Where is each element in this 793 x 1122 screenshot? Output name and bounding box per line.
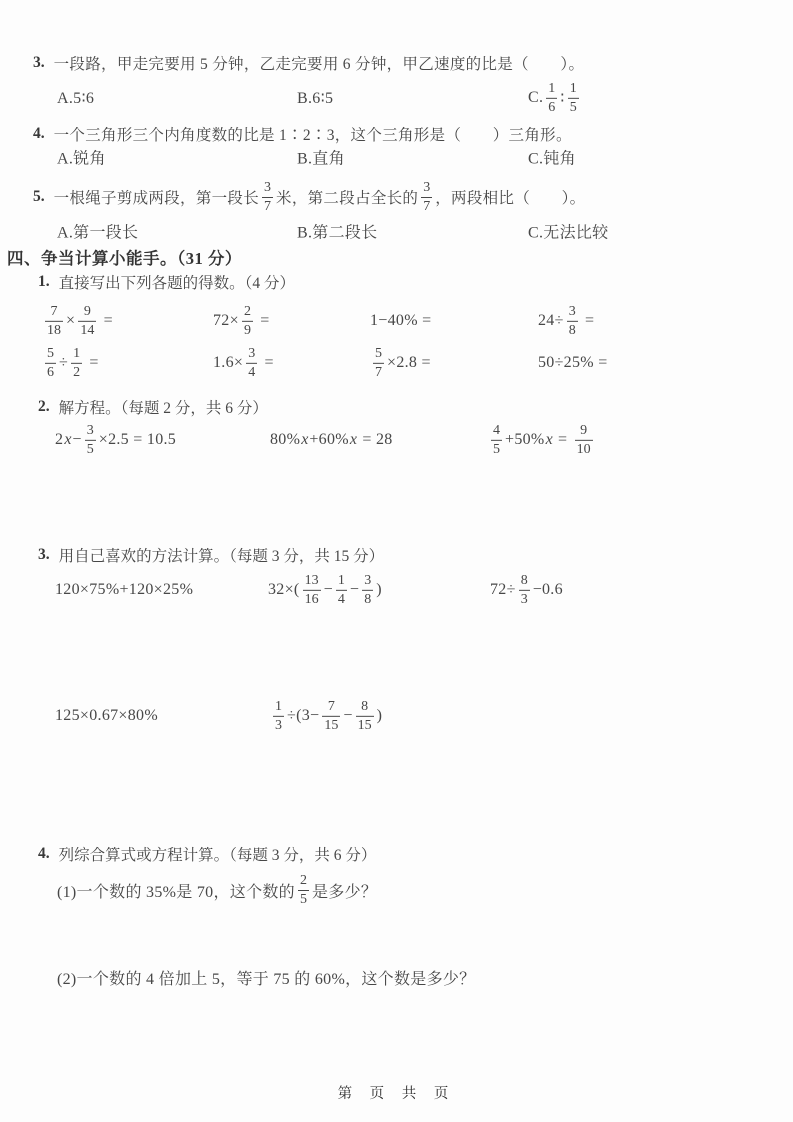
equation-1: 2x−35×2.5 = 10.5	[55, 423, 176, 457]
q4-option-b: B.直角	[297, 146, 345, 169]
fraction: 38	[567, 304, 578, 338]
fraction: 25	[298, 873, 309, 907]
fraction: 715	[322, 699, 340, 733]
expr-1point6-times-3-4: 1.6×34 =	[213, 346, 274, 380]
equation-2: 80%x+60%x = 28	[270, 431, 393, 449]
fraction: 910	[575, 423, 593, 457]
fraction: 14	[336, 573, 347, 607]
subsection-2-number: 2.	[38, 398, 50, 416]
q5-option-a: A.第一段长	[57, 220, 138, 243]
expr-5-6-div-1-2: 56÷12 =	[42, 346, 99, 380]
subsection-3-text: 用自己喜欢的方法计算。（每题 3 分，共 15 分）	[59, 544, 385, 566]
expr-120-75pct-plus: 120×75%+120×25%	[55, 581, 193, 599]
q5-option-b: B.第二段长	[297, 220, 377, 243]
subsection-1-title: 1. 直接写出下列各题的得数。（4 分）	[38, 271, 295, 293]
expr-1-3-div-parens: 13÷(3−715−815)	[270, 699, 382, 733]
expr-5-7-times-2point8: 57×2.8 =	[370, 346, 431, 380]
q4-option-a: A.锐角	[57, 146, 106, 169]
expr-24-div-3-8: 24÷38 =	[538, 304, 594, 338]
question-3-stem: 一段路，甲走完要用 5 分钟，乙走完要用 6 分钟，甲乙速度的比是（ ）。	[54, 52, 585, 74]
question-4-stem: 一个三角形三个内角度数的比是 1∶2∶3，这个三角形是（ ）三角形。	[54, 123, 572, 145]
word-problem-1-text: (1)一个数的 35%是 70，这个数的25是多少？	[57, 873, 377, 907]
method-calc-row-1: 120×75%+120×25% 32×(1316−14−38) 72÷83−0.…	[0, 568, 793, 612]
fraction: 56	[45, 346, 56, 380]
fraction: 914	[78, 304, 96, 338]
fraction: 815	[356, 699, 374, 733]
question-5-options: A.第一段长 B.第二段长 C.无法比较	[0, 218, 793, 244]
question-3-options: A.5∶6 B.6∶5 C.16∶15	[0, 78, 793, 118]
subsection-4-text: 列综合算式或方程计算。（每题 3 分，共 6 分）	[59, 843, 377, 865]
question-5-number: 5.	[33, 188, 45, 206]
q3-option-a: A.5∶6	[57, 88, 94, 108]
expr-125-067-80pct: 125×0.67×80%	[55, 707, 158, 725]
subsection-3-title: 3. 用自己喜欢的方法计算。（每题 3 分，共 15 分）	[38, 544, 384, 566]
word-problem-2: (2)一个数的 4 倍加上 5，等于 75 的 60%，这个数是多少？	[57, 966, 476, 989]
fraction: 38	[362, 573, 373, 607]
mental-math-row-2: 56÷12 = 1.6×34 = 57×2.8 = 50÷25% =	[0, 342, 793, 384]
fraction: 718	[45, 304, 63, 338]
subsection-1-number: 1.	[38, 273, 50, 291]
word-problem-1: (1)一个数的 35%是 70，这个数的25是多少？	[57, 868, 377, 912]
fraction: 29	[242, 304, 253, 338]
subsection-3-number: 3.	[38, 546, 50, 564]
expr-32-times-parens: 32×(1316−14−38)	[268, 573, 382, 607]
fraction: 1316	[303, 573, 321, 607]
question-4-number: 4.	[33, 125, 45, 143]
fraction: 15	[568, 81, 579, 115]
expr-72-times-2-9: 72×29 =	[213, 304, 270, 338]
expr-50-div-25pct: 50÷25% =	[538, 354, 608, 372]
fraction: 16	[546, 81, 557, 115]
question-4-options: A.锐角 B.直角 C.钝角	[0, 144, 793, 170]
word-problem-2-text: (2)一个数的 4 倍加上 5，等于 75 的 60%，这个数是多少？	[57, 966, 476, 989]
subsection-1-text: 直接写出下列各题的得数。（4 分）	[59, 271, 295, 293]
page-footer: 第 页 共 页	[0, 1082, 793, 1103]
subsection-4-title: 4. 列综合算式或方程计算。（每题 3 分，共 6 分）	[38, 843, 376, 865]
equations-row: 2x−35×2.5 = 10.5 80%x+60%x = 28 45+50%x …	[0, 418, 793, 462]
expr-7-18-times-9-14: 718×914 =	[42, 304, 113, 338]
fraction: 34	[246, 346, 257, 380]
question-4: 4. 一个三角形三个内角度数的比是 1∶2∶3，这个三角形是（ ）三角形。	[33, 123, 572, 145]
fraction: 37	[421, 180, 432, 214]
mental-math-row-1: 718×914 = 72×29 = 1−40% = 24÷38 =	[0, 300, 793, 342]
fraction: 83	[519, 573, 530, 607]
subsection-4-number: 4.	[38, 845, 50, 863]
test-paper-page: 3. 一段路，甲走完要用 5 分钟，乙走完要用 6 分钟，甲乙速度的比是（ ）。…	[0, 0, 793, 1122]
subsection-2-text: 解方程。（每题 2 分，共 6 分）	[59, 396, 268, 418]
fraction: 57	[373, 346, 384, 380]
question-5: 5. 一根绳子剪成两段，第一段长37米，第二段占全长的37，两段相比（ ）。	[33, 175, 586, 219]
section-4-header: 四、争当计算小能手。（31 分）	[7, 245, 242, 269]
fraction: 12	[71, 346, 82, 380]
q5-option-c: C.无法比较	[528, 220, 608, 243]
subsection-2-title: 2. 解方程。（每题 2 分，共 6 分）	[38, 396, 268, 418]
q3-option-b: B.6∶5	[297, 88, 333, 108]
fraction: 35	[85, 423, 96, 457]
expr-72-div-8-3: 72÷83−0.6	[490, 573, 563, 607]
section-4-title: 四、争当计算小能手。（31 分）	[7, 245, 242, 269]
fraction: 13	[273, 699, 284, 733]
question-3-number: 3.	[33, 54, 45, 72]
question-5-stem: 一根绳子剪成两段，第一段长37米，第二段占全长的37，两段相比（ ）。	[54, 180, 586, 214]
question-3: 3. 一段路，甲走完要用 5 分钟，乙走完要用 6 分钟，甲乙速度的比是（ ）。	[33, 52, 584, 74]
expr-1-minus-40pct: 1−40% =	[370, 312, 431, 330]
q4-option-c: C.钝角	[528, 146, 576, 169]
fraction: 45	[491, 423, 502, 457]
fraction: 37	[262, 180, 273, 214]
q3-option-c: C.16∶15	[528, 81, 582, 115]
equation-3: 45+50%x = 910	[488, 423, 596, 457]
method-calc-row-2: 125×0.67×80% 13÷(3−715−815)	[0, 694, 793, 738]
